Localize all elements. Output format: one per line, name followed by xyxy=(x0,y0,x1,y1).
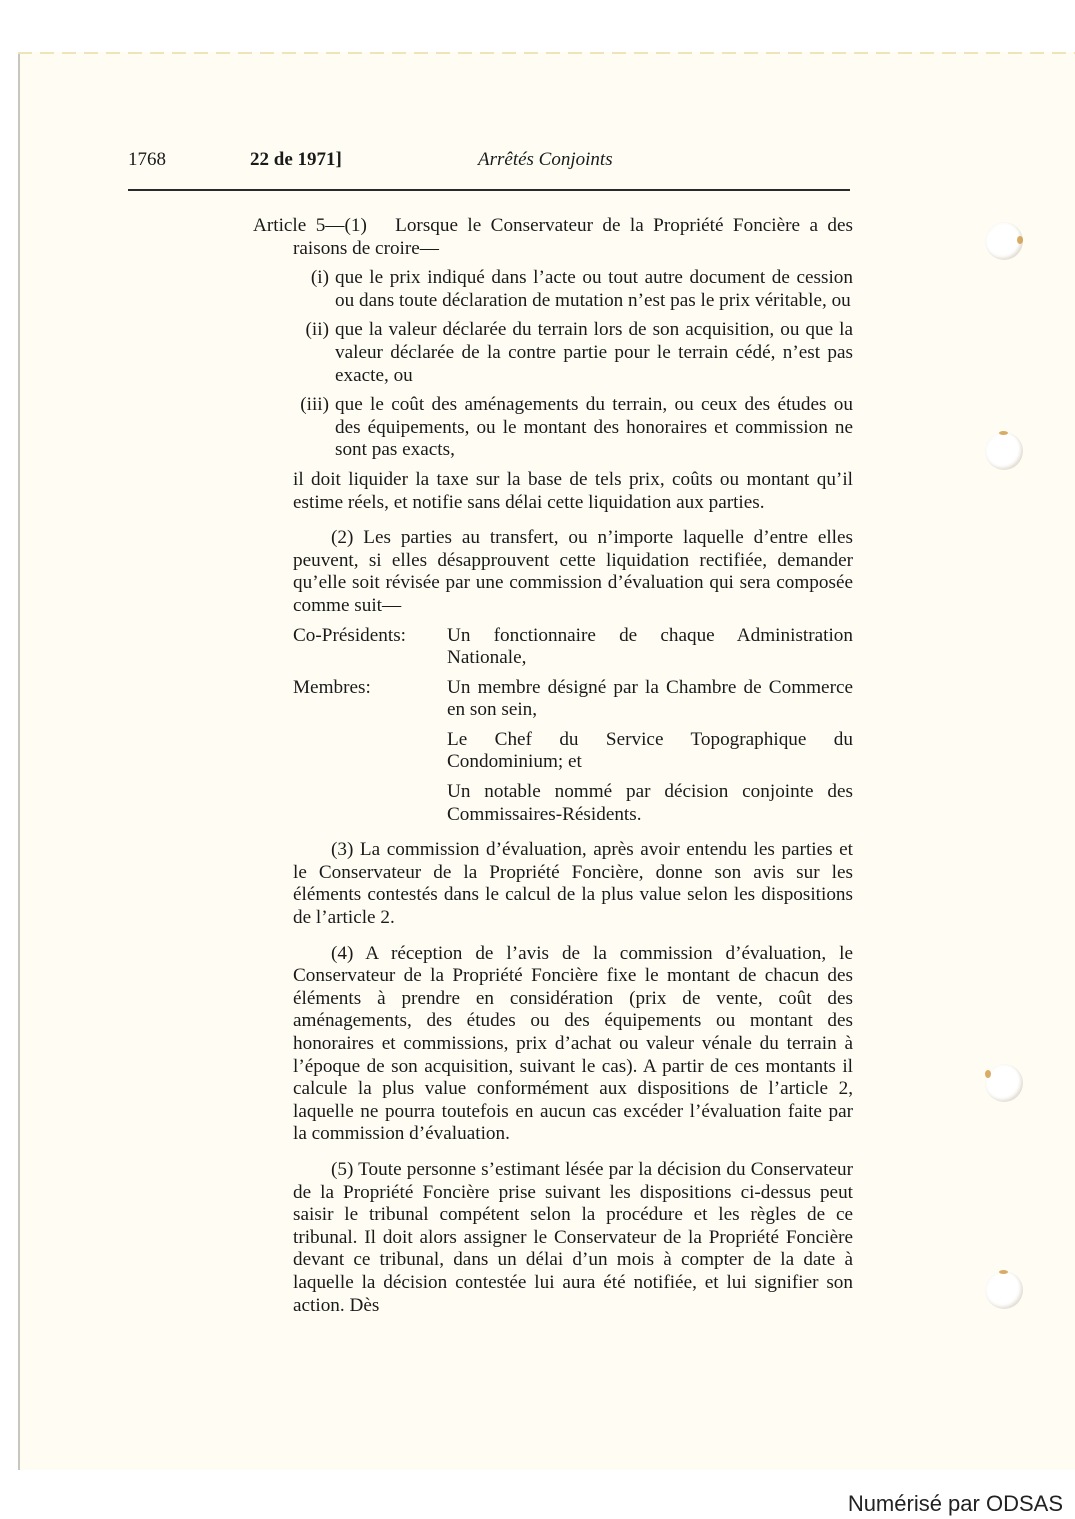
paragraph-5: (5) Toute personne s’estimant lésée par … xyxy=(253,1159,853,1317)
co-presidents-label: Co-Présidents: xyxy=(293,625,447,670)
header-rule xyxy=(128,189,850,191)
punch-hole-icon xyxy=(985,432,1023,470)
page-top-edge xyxy=(18,52,1075,54)
list-item-text: que le prix indiqué dans l’acte ou tout … xyxy=(335,267,853,311)
membre-text: Le Chef du Service Topographique du Cond… xyxy=(253,729,853,774)
article-intro-text: Lorsque le Conservateur de la Propriété … xyxy=(293,215,853,259)
co-presidents-text: Un fonctionnaire de chaque Administratio… xyxy=(447,625,853,670)
membres-label: Membres: xyxy=(293,677,447,722)
paragraph-3: (3) La commission d’évaluation, après av… xyxy=(253,839,853,929)
article-label: Article 5—(1) xyxy=(253,215,367,236)
running-header: 1768 22 de 1971] Arrêtés Conjoints xyxy=(128,149,850,175)
list-item-label: (i) xyxy=(311,267,329,290)
paragraph-2: (2) Les parties au transfert, ou n’impor… xyxy=(253,527,853,617)
list-item: (ii) que la valeur déclarée du terrain l… xyxy=(253,319,853,387)
punch-hole-icon xyxy=(985,1271,1023,1309)
article-body: Article 5—(1) Lorsque le Conservateur de… xyxy=(253,215,853,1317)
list-item: (iii) que le coût des aménagements du te… xyxy=(253,394,853,462)
list-item: (i) que le prix indiqué dans l’acte ou t… xyxy=(253,267,853,312)
list-item-text: que le coût des aménagements du terrain,… xyxy=(335,394,853,460)
article-intro: Article 5—(1) Lorsque le Conservateur de… xyxy=(253,215,853,260)
membre-text: Un notable nommé par décision conjointe … xyxy=(253,781,853,826)
section-title: Arrêtés Conjoints xyxy=(478,149,613,171)
digitization-watermark: Numérisé par ODSAS xyxy=(848,1491,1063,1517)
list-item-label: (iii) xyxy=(300,394,329,417)
co-presidents-row: Co-Présidents: Un fonctionnaire de chaqu… xyxy=(253,625,853,670)
issue-number: 22 de 1971] xyxy=(250,149,342,171)
paragraph-4: (4) A réception de l’avis de la commissi… xyxy=(253,943,853,1146)
membre-text: Un membre désigné par la Chambre de Comm… xyxy=(447,677,853,722)
conclusion-paragraph: il doit liquider la taxe sur la base de … xyxy=(253,469,853,514)
punch-hole-icon xyxy=(985,1064,1023,1102)
membres-row: Membres: Un membre désigné par la Chambr… xyxy=(253,677,853,722)
list-item-text: que la valeur déclarée du terrain lors d… xyxy=(335,319,853,385)
page-number: 1768 xyxy=(128,149,166,171)
punch-hole-icon xyxy=(985,222,1023,260)
list-item-label: (ii) xyxy=(306,319,329,342)
